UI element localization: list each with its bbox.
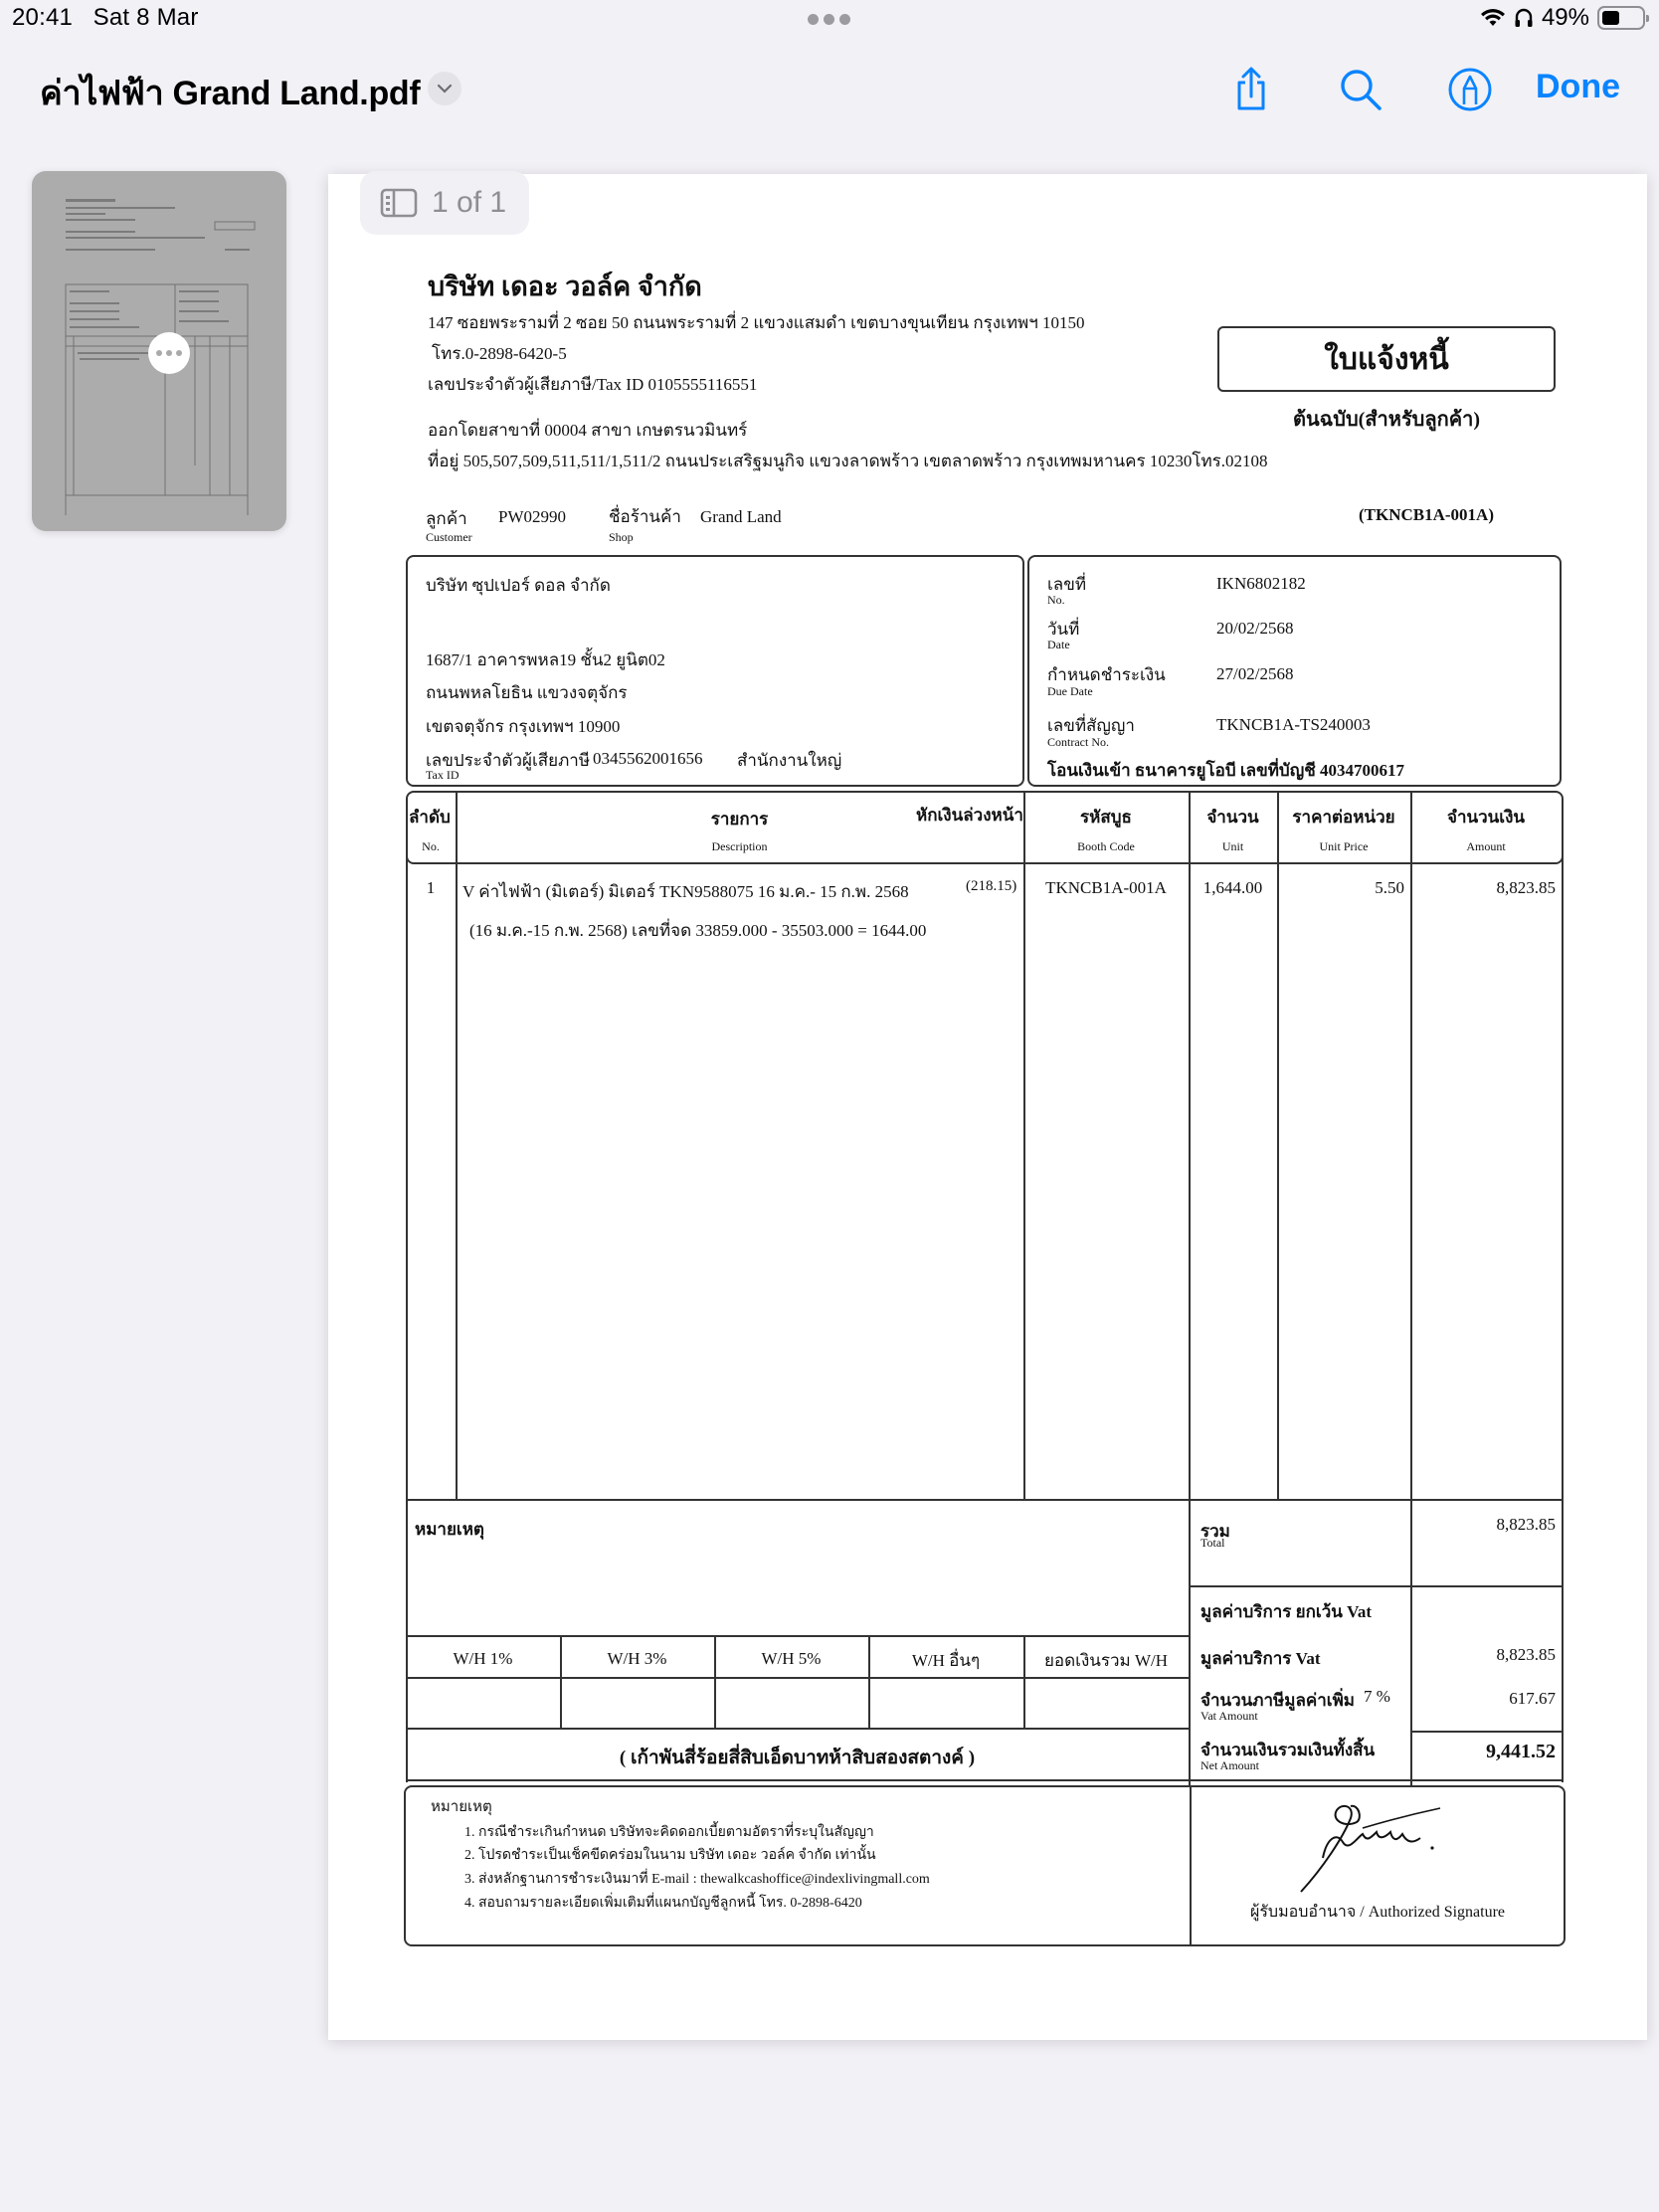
row-description-detail: (16 ม.ค.-15 ก.พ. 2568) เลขที่จด 33859.00… [469, 917, 926, 944]
vatable-value: 8,823.85 [1410, 1645, 1556, 1665]
authorized-signature-label: ผู้รับมอบอำนาจ / Authorized Signature [1190, 1900, 1566, 1925]
thumbnail-more-button[interactable] [148, 332, 190, 374]
col-price-header: ราคาต่อหน่วย [1277, 804, 1410, 830]
title-menu-button[interactable] [428, 72, 461, 105]
due-date-label-en: Due Date [1047, 684, 1093, 699]
done-button[interactable]: Done [1536, 68, 1620, 106]
sidebar-icon [380, 188, 418, 218]
shop-label-en: Shop [609, 530, 634, 545]
row-advance-deduction: (218.15) [966, 878, 1016, 895]
due-date: 27/02/2568 [1216, 664, 1293, 684]
bill-to-name: บริษัท ซุปเปอร์ ดอล จำกัด [426, 572, 611, 599]
note-item: 4. สอบถามรายละเอียดเพิ่มเติมที่แผนกบัญชี… [464, 1892, 862, 1914]
bill-to-tax-label-en: Tax ID [426, 768, 459, 783]
vat-value: 617.67 [1410, 1689, 1556, 1709]
bill-to-address-2: ถนนพหลโยธิน แขวงจตุจักร [426, 679, 628, 706]
company-tax-id: เลขประจำตัวผู้เสียภาษี/Tax ID 0105555116… [428, 371, 757, 398]
shop-label: ชื่อร้านค้า [609, 503, 681, 530]
contract-label-en: Contract No. [1047, 735, 1109, 750]
bill-to-address-1: 1687/1 อาคารพหล19 ชั้น2 ยูนิต02 [426, 646, 665, 673]
row-booth-code: TKNCB1A-001A [1023, 878, 1189, 898]
invoice-no-label-en: No. [1047, 593, 1065, 608]
total-value: 8,823.85 [1410, 1515, 1556, 1535]
col-no-header: ลำดับ [409, 804, 451, 830]
document-type: ใบแจ้งหนี้ [1217, 336, 1556, 383]
bill-to-address-3: เขตจตุจักร กรุงเทพฯ 10900 [426, 713, 620, 740]
amount-in-words: ( เก้าพันสี่ร้อยสี่สิบเอ็ดบาทห้าสิบสองสต… [406, 1743, 1189, 1772]
customer-label-en: Customer [426, 530, 472, 545]
invoice-date-label-en: Date [1047, 638, 1070, 652]
company-phone: โทร.0-2898-6420-5 [432, 340, 567, 367]
row-no: 1 [406, 878, 456, 898]
vat-exempt-label: มูลค่าบริการ ยกเว้น Vat [1200, 1598, 1372, 1625]
wh-3-header: W/H 3% [560, 1649, 714, 1669]
markup-icon [1447, 67, 1493, 112]
col-unit-header-en: Unit [1189, 839, 1277, 854]
col-amount-header-en: Amount [1410, 839, 1562, 854]
issuing-branch: ออกโดยสาขาที่ 00004 สาขา เกษตรนวมินทร์ [428, 417, 747, 444]
multitasking-dots[interactable] [808, 14, 850, 25]
bank-transfer-note: โอนเงินเข้า ธนาคารยูโอบี เลขที่บัญชี 403… [1047, 757, 1404, 784]
vatable-label: มูลค่าบริการ Vat [1200, 1645, 1321, 1672]
col-price-header-en: Unit Price [1277, 839, 1410, 854]
wh-1-header: W/H 1% [406, 1649, 560, 1669]
vat-rate: 7 % [1364, 1687, 1390, 1707]
document-title[interactable]: ค่าไฟฟ้า Grand Land.pdf [40, 66, 420, 119]
col-advance-header: หักเงินล่วงหน้า [916, 802, 1023, 829]
notes-title: หมายเหตุ [431, 1794, 492, 1818]
row-amount: 8,823.85 [1410, 878, 1556, 898]
total-label-en: Total [1200, 1536, 1225, 1551]
branch-address: ที่อยู่ 505,507,509,511,511/1,511/2 ถนนป… [428, 448, 1268, 474]
note-item: 3. ส่งหลักฐานการชำระเงินมาที่ E-mail : t… [464, 1868, 930, 1890]
booth-reference: (TKNCB1A-001A) [1359, 505, 1494, 525]
shop-name: Grand Land [700, 507, 782, 527]
share-button[interactable] [1225, 64, 1277, 115]
page-count-label: 1 of 1 [432, 186, 506, 220]
invoice-date: 20/02/2568 [1216, 619, 1293, 639]
markup-button[interactable] [1444, 64, 1496, 115]
status-bar: 20:41 Sat 8 Mar 49% [0, 0, 1659, 40]
note-item: 1. กรณีชำระเกินกำหนด บริษัทจะคิดดอกเบี้ย… [464, 1821, 874, 1843]
search-button[interactable] [1335, 64, 1386, 115]
headphones-icon [1514, 7, 1534, 29]
customer-code: PW02990 [498, 507, 566, 527]
contract-number: TKNCB1A-TS240003 [1216, 715, 1371, 735]
row-unit: 1,644.00 [1189, 878, 1277, 898]
wh-5-header: W/H 5% [714, 1649, 868, 1669]
net-amount-label-en: Net Amount [1200, 1758, 1259, 1773]
row-unit-price: 5.50 [1277, 878, 1404, 898]
bill-to-branch: สำนักงานใหญ่ [737, 747, 841, 774]
vat-label-en: Vat Amount [1200, 1709, 1258, 1724]
remarks-label: หมายเหตุ [415, 1516, 484, 1543]
bill-to-tax-id: 0345562001656 [593, 749, 703, 769]
row-description: V ค่าไฟฟ้า (มิเตอร์) มิเตอร์ TKN9588075 … [462, 878, 909, 905]
status-time: 20:41 Sat 8 Mar [12, 4, 199, 32]
col-desc-header-en: Description [456, 839, 1023, 854]
wh-other-header: W/H อื่นๆ [868, 1647, 1023, 1674]
company-address: 147 ซอยพระรามที่ 2 ซอย 50 ถนนพระรามที่ 2… [428, 309, 1085, 336]
col-no-header-en: No. [406, 839, 456, 854]
customer-label: ลูกค้า [426, 505, 467, 532]
note-item: 2. โปรดชำระเป็นเช็คขีดคร่อมในนาม บริษัท … [464, 1844, 876, 1866]
share-icon [1231, 67, 1271, 112]
battery-percent: 49% [1542, 4, 1589, 32]
col-booth-header-en: Booth Code [1023, 839, 1189, 854]
col-amount-header: จำนวนเงิน [1410, 804, 1562, 830]
battery-icon [1597, 6, 1645, 30]
search-icon [1339, 68, 1382, 111]
copy-label: ต้นฉบับ(สำหรับลูกค้า) [1217, 403, 1556, 435]
wifi-icon [1480, 8, 1506, 28]
chevron-down-icon [437, 84, 453, 93]
net-amount-value: 9,441.52 [1410, 1741, 1556, 1763]
wh-total-header: ยอดเงินรวม W/H [1023, 1647, 1189, 1674]
signature-image [1293, 1798, 1462, 1898]
navigation-bar: ค่าไฟฟ้า Grand Land.pdf Done [0, 60, 1659, 119]
col-unit-header: จำนวน [1189, 804, 1277, 830]
col-booth-header: รหัสบูธ [1023, 804, 1189, 830]
company-name: บริษัท เดอะ วอล์ค จำกัด [428, 265, 702, 307]
invoice-number: IKN6802182 [1216, 574, 1306, 594]
page-indicator[interactable]: 1 of 1 [360, 171, 529, 235]
page-thumbnail[interactable] [32, 171, 286, 531]
